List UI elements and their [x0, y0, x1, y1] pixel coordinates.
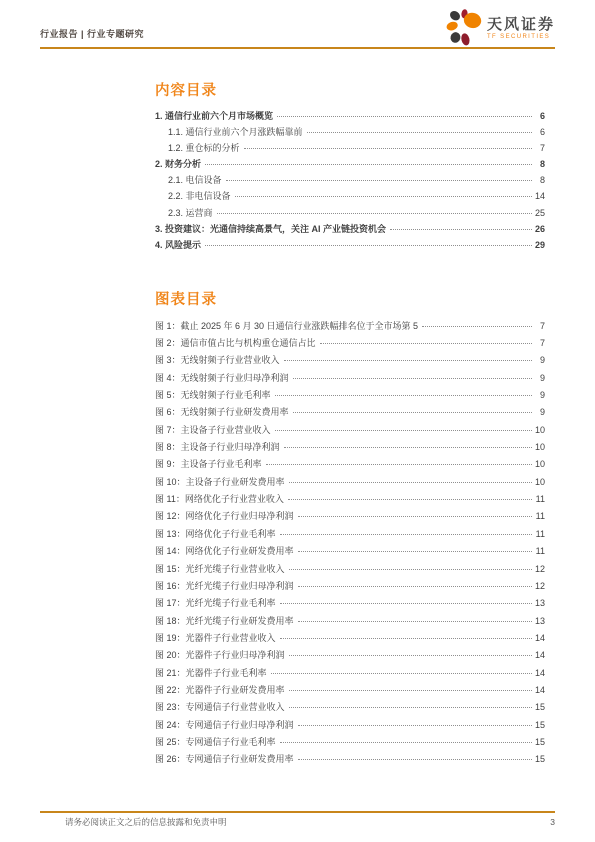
- toc-entry-row[interactable]: 图 7：主设备子行业营业收入 10: [155, 422, 545, 439]
- entry-label: 图 11：网络优化子行业营业收入: [155, 491, 284, 508]
- entry-page-number: 14: [533, 665, 545, 682]
- toc-entry-row[interactable]: 图 8：主设备子行业归母净利润 10: [155, 439, 545, 456]
- toc-title: 内容目录: [155, 84, 545, 99]
- dot-leader: [289, 655, 532, 656]
- entry-page-number: 10: [533, 474, 545, 491]
- entry-label: 图 24：专网通信子行业归母净利润: [155, 717, 294, 734]
- dot-leader: [280, 742, 532, 743]
- dot-leader: [289, 482, 532, 483]
- header-divider: [40, 47, 555, 49]
- entry-label: 图 15：光纤光缆子行业营业收入: [155, 561, 285, 578]
- brand-logo: 天风证券 TF SECURITIES: [446, 9, 555, 47]
- entry-label: 图 4：无线射频子行业归母净利润: [155, 370, 289, 387]
- entry-page-number: 7: [533, 140, 545, 156]
- entry-page-number: 14: [533, 630, 545, 647]
- entry-page-number: 6: [533, 124, 545, 140]
- entry-label: 2.2. 非电信设备: [168, 188, 231, 204]
- dot-leader: [226, 180, 532, 181]
- toc-entry-row[interactable]: 图 4：无线射频子行业归母净利润 9: [155, 370, 545, 387]
- entry-page-number: 8: [533, 156, 545, 172]
- toc-entry-row[interactable]: 图 13：网络优化子行业毛利率 11: [155, 526, 545, 543]
- dot-leader: [275, 430, 532, 431]
- entry-label: 图 10：主设备子行业研发费用率: [155, 474, 285, 491]
- dot-leader: [284, 360, 532, 361]
- entry-label: 图 8：主设备子行业归母净利润: [155, 439, 280, 456]
- entry-label: 2.1. 电信设备: [168, 172, 222, 188]
- toc-entry-row[interactable]: 1.1. 通信行业前六个月涨跌幅靠前 6: [155, 124, 545, 140]
- dot-leader: [280, 603, 532, 604]
- entry-page-number: 29: [533, 237, 545, 253]
- brand-text: 天风证券 TF SECURITIES: [487, 17, 555, 40]
- entry-page-number: 9: [533, 370, 545, 387]
- entry-page-number: 15: [533, 717, 545, 734]
- entry-label: 图 22：光器件子行业研发费用率: [155, 682, 285, 699]
- entry-page-number: 10: [533, 456, 545, 473]
- entry-label: 1. 通信行业前六个月市场概览: [155, 108, 273, 124]
- toc-entry-row[interactable]: 1.2. 重仓标的分析 7: [155, 140, 545, 156]
- toc-entry-row[interactable]: 2.1. 电信设备 8: [155, 172, 545, 188]
- footer-disclaimer: 请务必阅读正文之后的信息披露和免责申明: [40, 816, 227, 828]
- entry-label: 图 9：主设备子行业毛利率: [155, 456, 262, 473]
- entry-page-number: 15: [533, 699, 545, 716]
- dot-leader: [271, 673, 532, 674]
- entry-page-number: 10: [533, 422, 545, 439]
- entry-page-number: 7: [533, 318, 545, 335]
- entry-label: 2. 财务分析: [155, 156, 201, 172]
- toc-entry-row[interactable]: 图 5：无线射频子行业毛利率 9: [155, 387, 545, 404]
- dot-leader: [280, 534, 532, 535]
- dot-leader: [298, 551, 532, 552]
- entry-page-number: 14: [533, 682, 545, 699]
- entry-label: 图 25：专网通信子行业毛利率: [155, 734, 276, 751]
- toc-entry-row[interactable]: 1. 通信行业前六个月市场概览 6: [155, 108, 545, 124]
- dot-leader: [205, 164, 532, 165]
- dot-leader: [244, 148, 532, 149]
- toc-entry-row[interactable]: 图 21：光器件子行业毛利率 14: [155, 665, 545, 682]
- dot-leader: [298, 586, 532, 587]
- entry-page-number: 11: [533, 508, 545, 525]
- toc-entry-row[interactable]: 图 6：无线射频子行业研发费用率 9: [155, 404, 545, 421]
- entry-page-number: 25: [533, 205, 545, 221]
- toc-entry-row[interactable]: 图 9：主设备子行业毛利率 10: [155, 456, 545, 473]
- entry-label: 1.2. 重仓标的分析: [168, 140, 240, 156]
- dot-leader: [266, 464, 532, 465]
- toc-entry-row[interactable]: 图 22：光器件子行业研发费用率 14: [155, 682, 545, 699]
- toc-list: 1. 通信行业前六个月市场概览 6 1.1. 通信行业前六个月涨跌幅靠前 6 1…: [155, 108, 545, 254]
- toc-entry-row[interactable]: 图 24：专网通信子行业归母净利润 15: [155, 717, 545, 734]
- entry-label: 图 7：主设备子行业营业收入: [155, 422, 271, 439]
- dot-leader: [298, 516, 532, 517]
- toc-entry-row[interactable]: 图 10：主设备子行业研发费用率 10: [155, 474, 545, 491]
- dot-leader: [235, 196, 532, 197]
- entry-label: 图 13：网络优化子行业毛利率: [155, 526, 276, 543]
- footer-page-number: 3: [550, 817, 555, 827]
- toc-entry-row[interactable]: 图 1：截止 2025 年 6 月 30 日通信行业涨跌幅排名位于全市场第 5 …: [155, 318, 545, 335]
- entry-page-number: 26: [533, 221, 545, 237]
- entry-page-number: 15: [533, 734, 545, 751]
- entry-page-number: 14: [533, 647, 545, 664]
- toc-entry-row[interactable]: 图 26：专网通信子行业研发费用率 15: [155, 751, 545, 768]
- dot-leader: [293, 412, 532, 413]
- entry-label: 2.3. 运营商: [168, 205, 213, 221]
- entry-page-number: 10: [533, 439, 545, 456]
- report-category: 行业报告 | 行业专题研究: [40, 27, 144, 47]
- entry-label: 图 26：专网通信子行业研发费用率: [155, 751, 294, 768]
- dot-leader: [320, 343, 532, 344]
- entry-label: 图 19：光器件子行业营业收入: [155, 630, 276, 647]
- report-page: 行业报告 | 行业专题研究 天风证券 TF SECURITIES 内容目录 1.…: [0, 0, 595, 842]
- toc-entry-row[interactable]: 图 19：光器件子行业营业收入 14: [155, 630, 545, 647]
- toc-entry-row[interactable]: 图 25：专网通信子行业毛利率 15: [155, 734, 545, 751]
- toc-entry-row[interactable]: 图 14：网络优化子行业研发费用率 11: [155, 543, 545, 560]
- entry-page-number: 15: [533, 751, 545, 768]
- dot-leader: [289, 690, 532, 691]
- dot-leader: [277, 116, 532, 117]
- entry-page-number: 13: [533, 613, 545, 630]
- dot-leader: [293, 378, 532, 379]
- entry-page-number: 9: [533, 404, 545, 421]
- toc-entry-row[interactable]: 2. 财务分析 8: [155, 156, 545, 172]
- entry-label: 图 1：截止 2025 年 6 月 30 日通信行业涨跌幅排名位于全市场第 5: [155, 318, 418, 335]
- entry-page-number: 13: [533, 595, 545, 612]
- page-header: 行业报告 | 行业专题研究 天风证券 TF SECURITIES: [40, 10, 555, 47]
- entry-label: 1.1. 通信行业前六个月涨跌幅靠前: [168, 124, 303, 140]
- entry-label: 图 23：专网通信子行业营业收入: [155, 699, 285, 716]
- entry-page-number: 12: [533, 578, 545, 595]
- entry-label: 图 5：无线射频子行业毛利率: [155, 387, 271, 404]
- dot-leader: [298, 759, 532, 760]
- entry-label: 图 21：光器件子行业毛利率: [155, 665, 267, 682]
- dot-leader: [205, 245, 532, 246]
- toc-entry-row[interactable]: 图 17：光纤光缆子行业毛利率 13: [155, 595, 545, 612]
- dot-leader: [288, 499, 532, 500]
- dot-leader: [307, 132, 532, 133]
- figures-list: 图 1：截止 2025 年 6 月 30 日通信行业涨跌幅排名位于全市场第 5 …: [155, 318, 545, 769]
- entry-page-number: 14: [533, 188, 545, 204]
- dot-leader: [298, 621, 532, 622]
- entry-label: 图 12：网络优化子行业归母净利润: [155, 508, 294, 525]
- entry-page-number: 11: [533, 491, 545, 508]
- entry-label: 图 17：光纤光缆子行业毛利率: [155, 595, 276, 612]
- dot-leader: [275, 395, 532, 396]
- toc-entry-row[interactable]: 2.3. 运营商 25: [155, 205, 545, 221]
- entry-label: 图 14：网络优化子行业研发费用率: [155, 543, 294, 560]
- entry-page-number: 6: [533, 108, 545, 124]
- entry-page-number: 9: [533, 387, 545, 404]
- dot-leader: [390, 229, 532, 230]
- toc-entry-row[interactable]: 图 15：光纤光缆子行业营业收入 12: [155, 561, 545, 578]
- toc-entry-row[interactable]: 2.2. 非电信设备 14: [155, 188, 545, 204]
- toc-entry-row[interactable]: 图 3：无线射频子行业营业收入 9: [155, 352, 545, 369]
- dot-leader: [422, 326, 532, 327]
- entry-page-number: 9: [533, 352, 545, 369]
- toc-entry-row[interactable]: 3. 投资建议：光通信持续高景气，关注 AI 产业链投资机会 26: [155, 221, 545, 237]
- entry-page-number: 11: [533, 543, 545, 560]
- entry-label: 3. 投资建议：光通信持续高景气，关注 AI 产业链投资机会: [155, 221, 386, 237]
- footer-divider: [40, 811, 555, 813]
- dot-leader: [284, 447, 532, 448]
- entry-label: 图 6：无线射频子行业研发费用率: [155, 404, 289, 421]
- entry-label: 图 3：无线射频子行业营业收入: [155, 352, 280, 369]
- dot-leader: [289, 707, 532, 708]
- brand-name: 天风证券: [487, 17, 555, 32]
- toc-entry-row[interactable]: 4. 风险提示 29: [155, 237, 545, 253]
- figures-title: 图表目录: [155, 293, 545, 308]
- entry-page-number: 11: [533, 526, 545, 543]
- dot-leader: [298, 725, 532, 726]
- dot-leader: [280, 638, 532, 639]
- entry-page-number: 7: [533, 335, 545, 352]
- entry-label: 4. 风险提示: [155, 237, 201, 253]
- entry-label: 图 16：光纤光缆子行业归母净利润: [155, 578, 294, 595]
- main-content: 内容目录 1. 通信行业前六个月市场概览 6 1.1. 通信行业前六个月涨跌幅靠…: [155, 84, 545, 769]
- toc-entry-row[interactable]: 图 12：网络优化子行业归母净利润 11: [155, 508, 545, 525]
- toc-entry-row[interactable]: 图 11：网络优化子行业营业收入 11: [155, 491, 545, 508]
- entry-page-number: 12: [533, 561, 545, 578]
- entry-label: 图 2：通信市值占比与机构重仓通信占比: [155, 335, 316, 352]
- toc-entry-row[interactable]: 图 2：通信市值占比与机构重仓通信占比 7: [155, 335, 545, 352]
- toc-entry-row[interactable]: 图 20：光器件子行业归母净利润 14: [155, 647, 545, 664]
- dot-leader: [217, 213, 532, 214]
- toc-entry-row[interactable]: 图 16：光纤光缆子行业归母净利润 12: [155, 578, 545, 595]
- toc-entry-row[interactable]: 图 23：专网通信子行业营业收入 15: [155, 699, 545, 716]
- page-footer: 请务必阅读正文之后的信息披露和免责申明 3: [40, 816, 555, 828]
- entry-page-number: 8: [533, 172, 545, 188]
- entry-label: 图 18：光纤光缆子行业研发费用率: [155, 613, 294, 630]
- dot-leader: [289, 569, 532, 570]
- brand-subtitle: TF SECURITIES: [487, 34, 555, 40]
- toc-entry-row[interactable]: 图 18：光纤光缆子行业研发费用率 13: [155, 613, 545, 630]
- entry-label: 图 20：光器件子行业归母净利润: [155, 647, 285, 664]
- tf-flower-icon: [446, 9, 482, 47]
